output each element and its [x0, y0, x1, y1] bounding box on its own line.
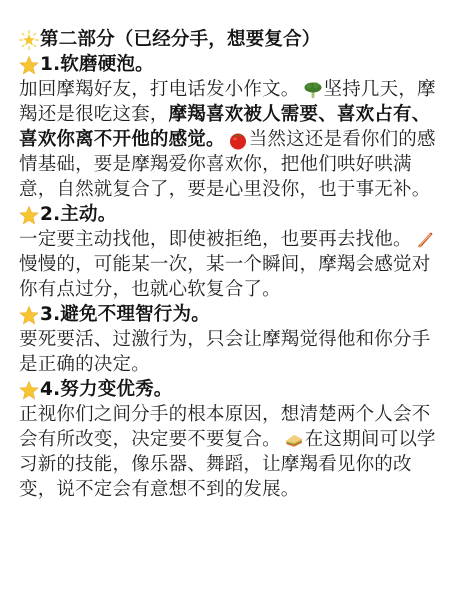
sandwich-icon	[284, 430, 304, 450]
text-segment: 会有所改变，决定要不要复合。	[19, 427, 281, 452]
item-heading-text: 1.软磨硬泡。	[40, 52, 154, 77]
paragraph-line: 情基础，要是摩羯爱你喜欢你，把他们哄好哄满	[19, 152, 437, 177]
text-segment: 坚持几天，摩	[324, 77, 436, 102]
star-icon	[19, 205, 39, 225]
item-heading-4: 4.努力变优秀。	[19, 377, 437, 402]
paragraph-line: 正视你们之间分手的根本原因，想清楚两个人会不	[19, 402, 437, 427]
star-icon	[19, 305, 39, 325]
text-segment: 在这期间可以学	[305, 427, 436, 452]
item-heading-text: 4.努力变优秀。	[40, 377, 173, 402]
paragraph-line: 是正确的决定。	[19, 352, 437, 377]
section-title: 第二部分（已经分手，想要复合）	[19, 27, 437, 52]
paragraph-line: 意，自然就复合了，要是心里没你，也于事无补。	[19, 177, 437, 202]
item-heading-text: 3.避免不理智行为。	[40, 302, 210, 327]
document: 第二部分（已经分手，想要复合） 1.软磨硬泡。 加回摩羯好友，打电话发小作文。 …	[19, 27, 437, 502]
item-heading-1: 1.软磨硬泡。	[19, 52, 437, 77]
text-segment: 加回摩羯好友，打电话发小作文。	[19, 77, 300, 102]
paragraph-line: 慢慢的，可能某一次，某一个瞬间，摩羯会感觉对	[19, 252, 437, 277]
paragraph-line: 喜欢你离不开他的感觉。 当然这还是看你们的感	[19, 127, 437, 152]
text-segment: 正视你们之间分手的根本原因，想清楚两个人会不	[19, 402, 430, 427]
text-segment: 羯还是很吃这套，	[19, 102, 169, 127]
text-segment: 慢慢的，可能某一次，某一个瞬间，摩羯会感觉对	[19, 252, 430, 277]
text-segment: 当然这还是看你们的感	[249, 127, 436, 152]
text-segment: 变，说不定会有意想不到的发展。	[19, 477, 300, 502]
item-heading-2: 2.主动。	[19, 202, 437, 227]
text-segment: 情基础，要是摩羯爱你喜欢你，把他们哄好哄满	[19, 152, 412, 177]
text-segment: 习新的技能，像乐器、舞蹈，让摩羯看见你的改	[19, 452, 412, 477]
paragraph-line: 习新的技能，像乐器、舞蹈，让摩羯看见你的改	[19, 452, 437, 477]
star-icon	[19, 380, 39, 400]
paragraph-line: 加回摩羯好友，打电话发小作文。 坚持几天，摩	[19, 77, 437, 102]
bold-text-segment: 喜欢你离不开他的感觉。	[19, 127, 225, 152]
broccoli-icon	[303, 80, 323, 100]
text-segment: 你有点过分，也就心软复合了。	[19, 277, 281, 302]
text-segment: 意，自然就复合了，要是心里没你，也于事无补。	[19, 177, 430, 202]
paragraph-line: 变，说不定会有意想不到的发展。	[19, 477, 437, 502]
glowing-star-icon	[19, 30, 39, 50]
paragraph-line: 羯还是很吃这套， 摩羯喜欢被人需要、喜欢占有、	[19, 102, 437, 127]
paragraph-line: 一定要主动找他，即使被拒绝，也要再去找他。	[19, 227, 437, 252]
star-icon	[19, 55, 39, 75]
bacon-icon	[415, 230, 435, 250]
item-heading-3: 3.避免不理智行为。	[19, 302, 437, 327]
paragraph-line: 要死要活、过激行为，只会让摩羯觉得他和你分手	[19, 327, 437, 352]
paragraph-line: 会有所改变，决定要不要复合。 在这期间可以学	[19, 427, 437, 452]
text-segment: 是正确的决定。	[19, 352, 150, 377]
text-segment: 一定要主动找他，即使被拒绝，也要再去找他。	[19, 227, 412, 252]
item-heading-text: 2.主动。	[40, 202, 116, 227]
bold-text-segment: 摩羯喜欢被人需要、喜欢占有、	[169, 102, 431, 127]
text-segment: 要死要活、过激行为，只会让摩羯觉得他和你分手	[19, 327, 430, 352]
section-title-text: 第二部分（已经分手，想要复合）	[40, 27, 321, 52]
paragraph-line: 你有点过分，也就心软复合了。	[19, 277, 437, 302]
tomato-icon	[228, 130, 248, 150]
